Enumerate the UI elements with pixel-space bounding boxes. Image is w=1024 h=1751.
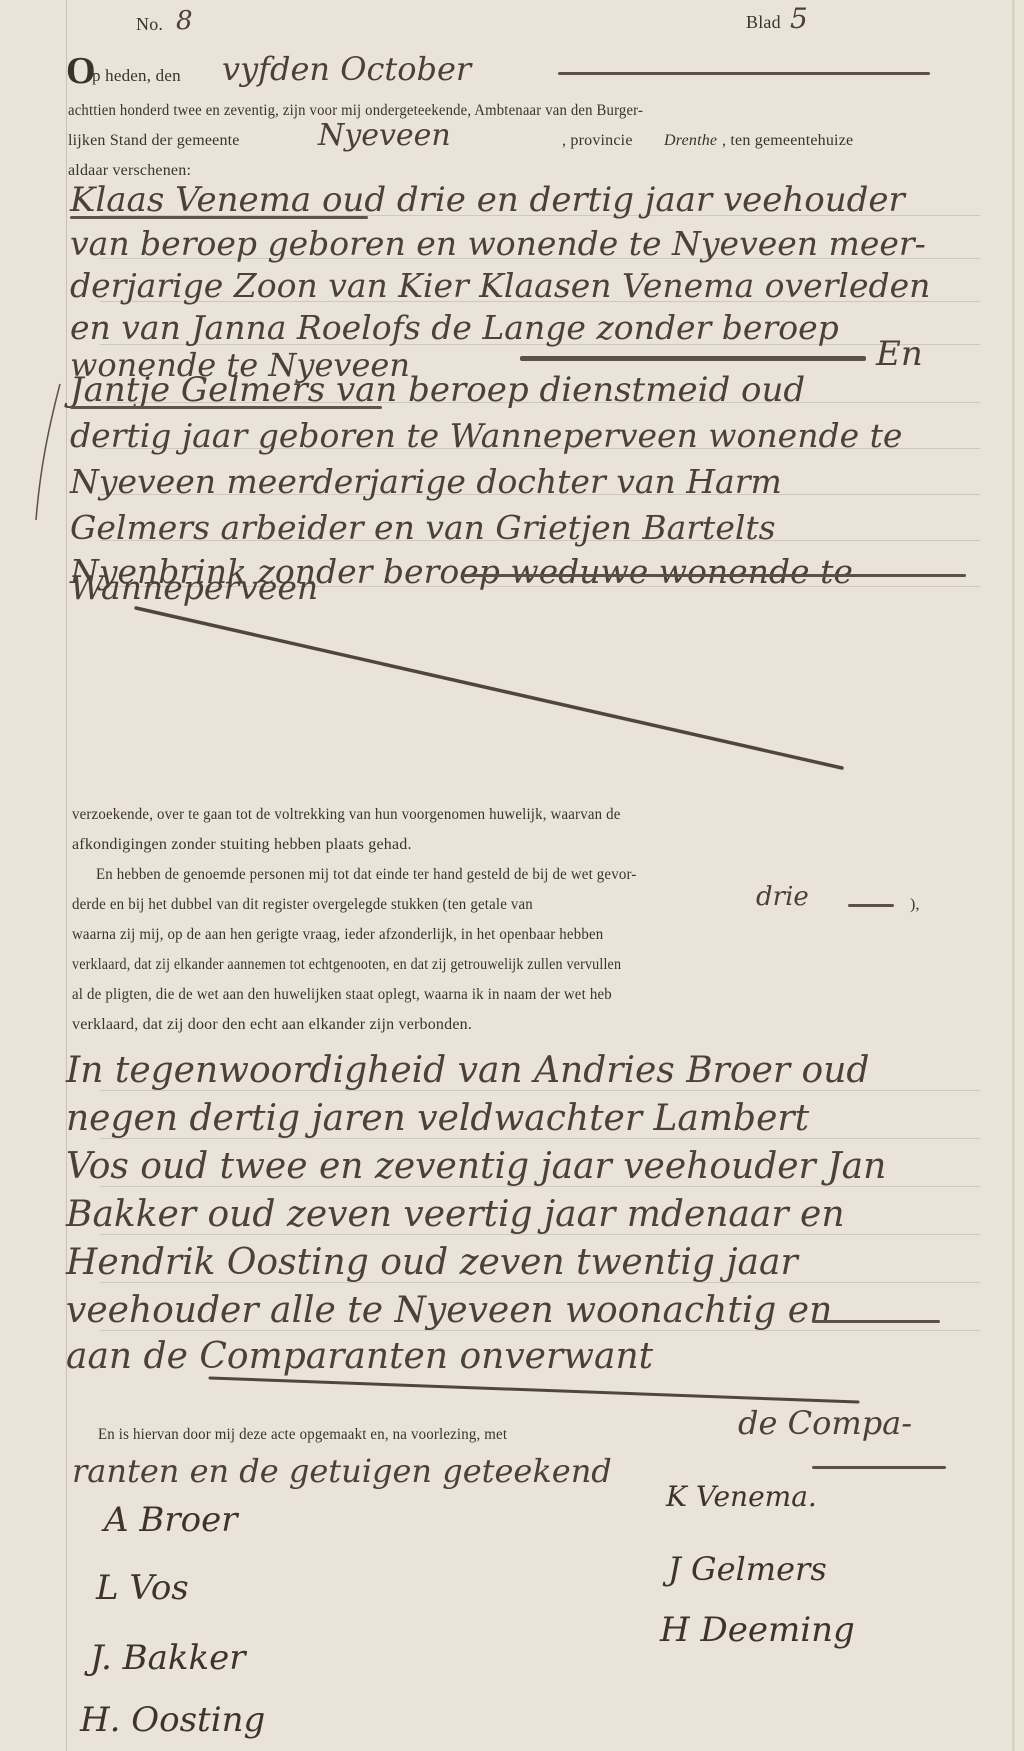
signature-l-vos: L Vos xyxy=(96,1568,189,1608)
closing-print: En is hiervan door mij deze acte opgemaa… xyxy=(98,1426,507,1444)
fill-line xyxy=(848,904,894,907)
body-line: verzoekende, over te gaan tot de voltrek… xyxy=(72,806,621,824)
signature-h-oosting: H. Oosting xyxy=(80,1700,265,1740)
witnesses-line: Hendrik Oosting oud zeven twentig jaar xyxy=(66,1242,798,1283)
body-line: En hebben de genoemde personen mij tot d… xyxy=(96,866,636,884)
body-line: verklaard, dat zij elkander aannemen tot… xyxy=(72,956,621,974)
witnesses-line: aan de Comparanten onverwant xyxy=(66,1336,653,1377)
body-line: derde en bij het dubbel van dit register… xyxy=(72,896,533,914)
body-line: waarna zij mij, op de aan hen gerigte vr… xyxy=(72,926,603,944)
closing-hand-1: de Compa- xyxy=(738,1404,912,1442)
fill-line xyxy=(812,1320,940,1323)
fill-line xyxy=(812,1466,946,1469)
signature-j-gelmers: J Gelmers xyxy=(668,1550,827,1588)
marriage-record-page: No. 8 Blad 5 O p heden, den vyfden Octob… xyxy=(0,0,1024,1751)
stukken-count-handwritten: drie xyxy=(756,882,809,912)
witnesses-line: negen dertig jaren veldwachter Lambert xyxy=(66,1098,809,1139)
signature-j-bakker: J. Bakker xyxy=(90,1638,245,1678)
signature-a-broer: A Broer xyxy=(104,1500,237,1540)
body-line: afkondigingen zonder stuiting hebben pla… xyxy=(72,836,412,854)
stukken-close: ), xyxy=(910,896,920,914)
witnesses-line: Vos oud twee en zeventig jaar veehouder … xyxy=(66,1146,886,1187)
body-line: al de pligten, die de wet aan den huweli… xyxy=(72,986,612,1004)
witnesses-line: veehouder alle te Nyeveen woonachtig en xyxy=(66,1290,832,1331)
closing-hand-2: ranten en de getuigen geteekend xyxy=(72,1452,612,1490)
witnesses-line: Bakker oud zeven veertig jaar mdenaar en xyxy=(66,1194,845,1235)
witnesses-line: In tegenwoordigheid van Andries Broer ou… xyxy=(66,1050,869,1091)
signature-k-venema: K Venema. xyxy=(666,1480,817,1513)
body-line: verklaard, dat zij door den echt aan elk… xyxy=(72,1016,472,1034)
signature-h-deeming: H Deeming xyxy=(660,1610,855,1650)
